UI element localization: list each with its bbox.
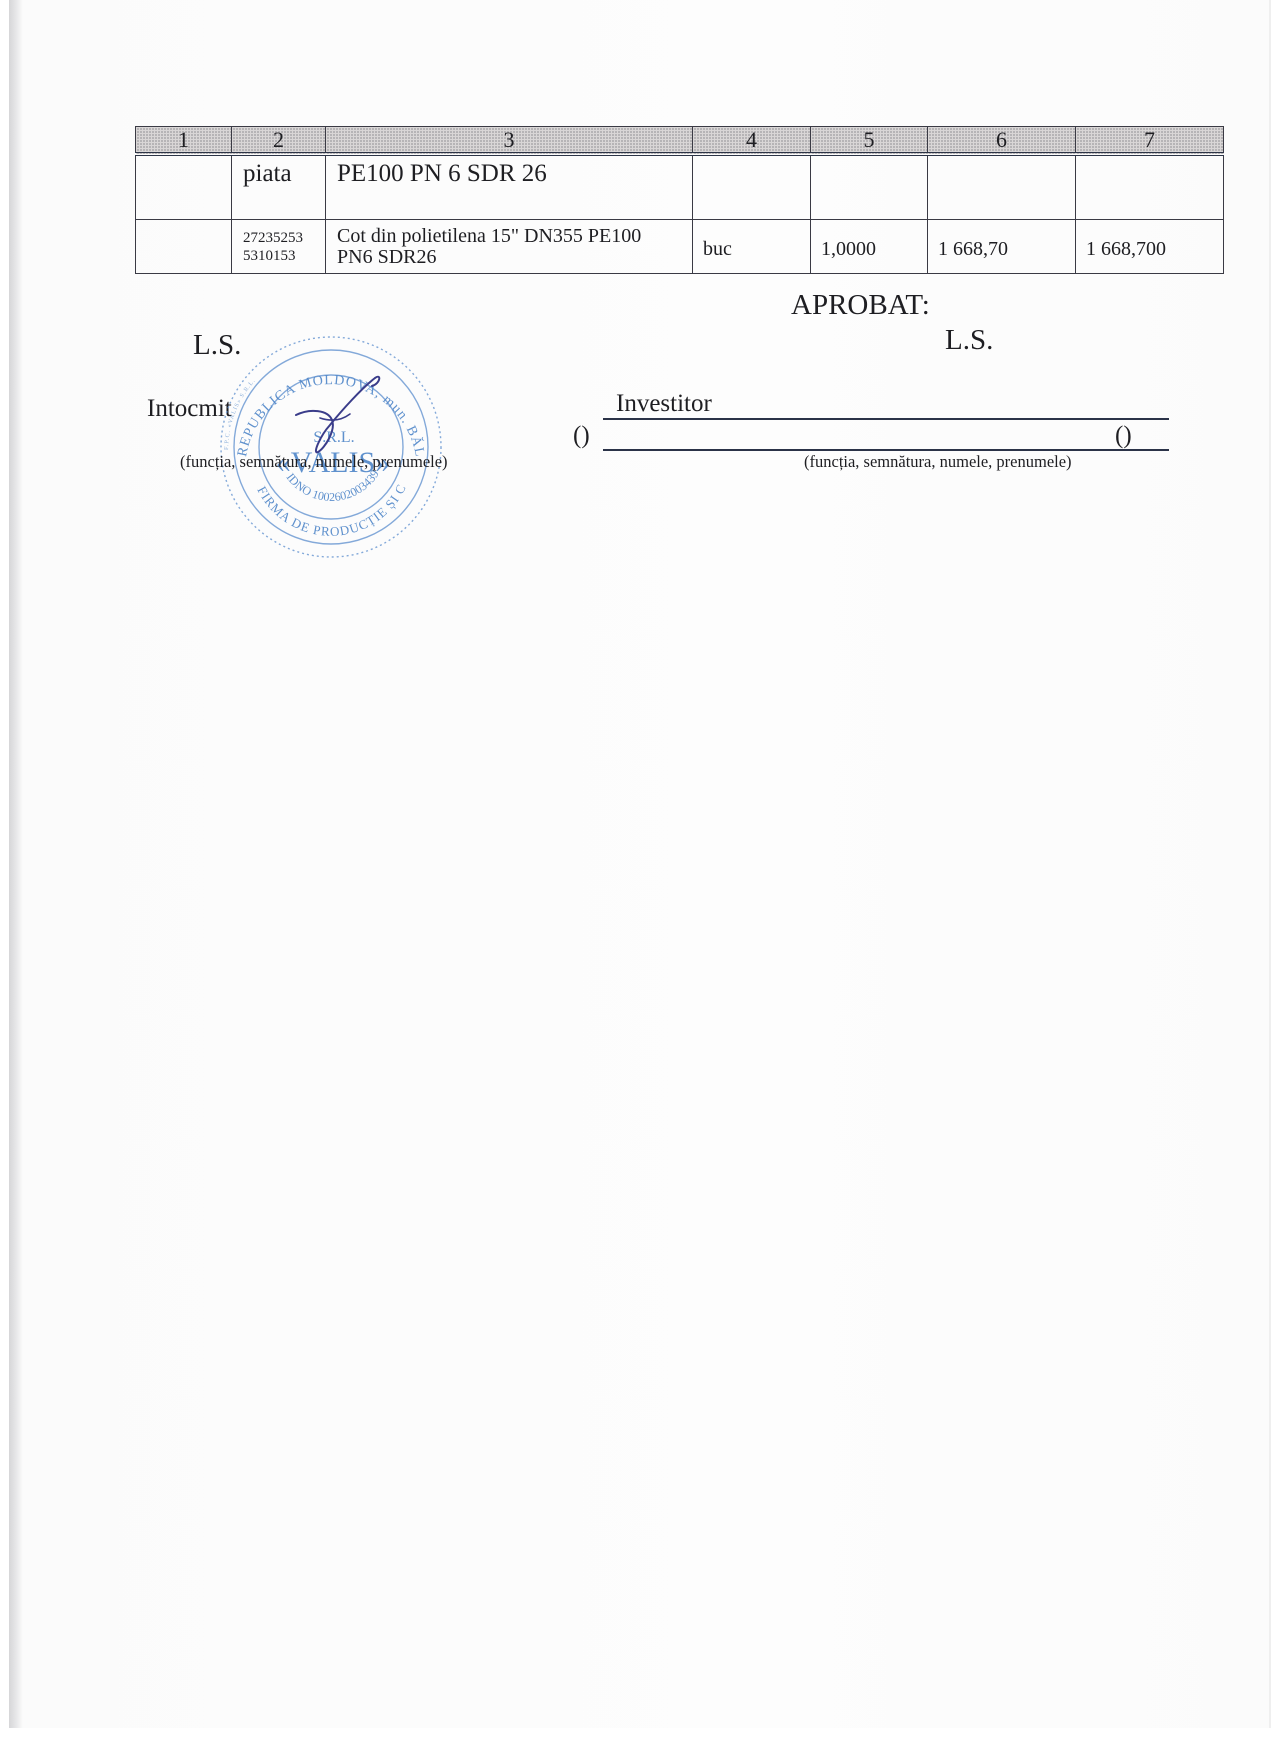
table-row: 27235253 5310153 Cot din polietilena 15"…	[136, 220, 1224, 274]
right-parentheses: ()	[1115, 422, 1132, 450]
header-cell: 4	[693, 127, 811, 155]
code-cell: 27235253 5310153	[232, 220, 326, 274]
investor-caption: (funcția, semnătura, numele, prenumele)	[804, 452, 1072, 472]
row-number-cell	[136, 220, 232, 274]
header-cell: 1	[136, 127, 232, 155]
description-cell: PE100 PN 6 SDR 26	[326, 154, 693, 220]
total-cell	[1076, 154, 1224, 220]
header-cell: 7	[1076, 127, 1224, 155]
approved-label: APROBAT:	[791, 289, 930, 322]
table-row: piata PE100 PN 6 SDR 26	[136, 154, 1224, 220]
code-line: 5310153	[243, 247, 325, 265]
investor-name-line	[603, 449, 1169, 451]
price-cell	[928, 154, 1076, 220]
header-cell: 2	[232, 127, 326, 155]
left-parentheses: ()	[573, 422, 590, 450]
unit-cell	[693, 154, 811, 220]
total-cell: 1 668,700	[1076, 220, 1224, 274]
prepared-by-caption: (funcția, semnătura, numele, prenumele)	[180, 452, 448, 472]
signature-scribble	[280, 370, 390, 460]
right-seal-label: L.S.	[945, 324, 993, 357]
investor-label: Investitor	[616, 390, 712, 418]
quantity-cell	[811, 154, 928, 220]
description-line: PN6 SDR26	[337, 247, 692, 268]
investor-signature-line	[603, 418, 1169, 420]
header-cell: 5	[811, 127, 928, 155]
header-cell: 3	[326, 127, 693, 155]
code-cell: piata	[232, 154, 326, 220]
table-header-row: 1 2 3 4 5 6 7	[136, 127, 1224, 155]
price-cell: 1 668,70	[928, 220, 1076, 274]
row-number-cell	[136, 154, 232, 220]
unit-cell: buc	[693, 220, 811, 274]
header-cell: 6	[928, 127, 1076, 155]
items-table: 1 2 3 4 5 6 7 piata PE100 PN 6 SDR 26 27…	[135, 126, 1224, 274]
code-line: 27235253	[243, 229, 325, 247]
description-line: Cot din polietilena 15" DN355 PE100	[337, 226, 692, 247]
page-edge	[1269, 0, 1271, 1728]
description-cell: Cot din polietilena 15" DN355 PE100 PN6 …	[326, 220, 693, 274]
quantity-cell: 1,0000	[811, 220, 928, 274]
